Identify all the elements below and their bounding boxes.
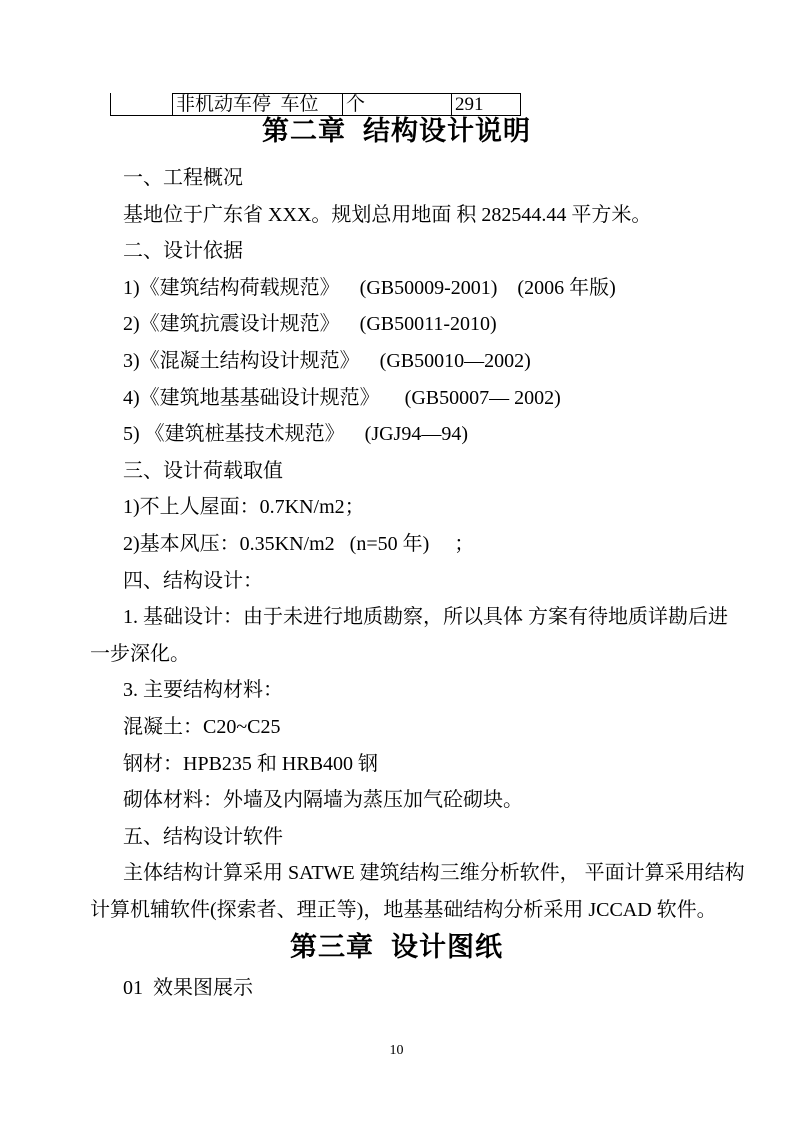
document-page: 非机动车停 车位 个 291 第二章 结构设计说明 一、工程概况 基地位于广东省…: [0, 0, 793, 1122]
doc-line: 混凝土：C20~C25: [90, 709, 703, 746]
doc-line: 一、工程概况: [90, 160, 703, 197]
doc-line: 4)《建筑地基基础设计规范》 (GB50007— 2002): [90, 380, 703, 417]
doc-line: 五、结构设计软件: [90, 819, 703, 856]
doc-line: 1. 基础设计：由于未进行地质勘察，所以具体 方案有待地质详勘后进: [90, 599, 703, 636]
document-body: 第二章 结构设计说明 一、工程概况 基地位于广东省 XXX。规划总用地面 积 2…: [90, 0, 703, 1007]
doc-line: 5) 《建筑桩基技术规范》 (JGJ94—94): [90, 416, 703, 453]
doc-line: 砌体材料：外墙及内隔墙为蒸压加气砼砌块。: [90, 782, 703, 819]
doc-line: 一步深化。: [90, 636, 703, 673]
chapter2-content: 一、工程概况 基地位于广东省 XXX。规划总用地面 积 282544.44 平方…: [90, 160, 703, 928]
doc-line: 基地位于广东省 XXX。规划总用地面 积 282544.44 平方米。: [90, 197, 703, 234]
doc-line: 计算机辅软件(探索者、理正等)，地基基础结构分析采用 JCCAD 软件。: [90, 892, 703, 929]
doc-line: 2)基本风压：0.35KN/m2 (n=50 年) ；: [90, 526, 703, 563]
chapter3-content: 01 效果图展示: [90, 970, 703, 1007]
doc-line: 1)《建筑结构荷载规范》 (GB50009-2001) (2006 年版): [90, 270, 703, 307]
doc-line: 四、结构设计：: [90, 563, 703, 600]
doc-line: 钢材：HPB235 和 HRB400 钢: [90, 746, 703, 783]
chapter2-heading: 第二章 结构设计说明: [90, 114, 703, 148]
chapter3-heading: 第三章 设计图纸: [90, 930, 703, 964]
page-number: 10: [0, 1042, 793, 1060]
doc-line: 三、设计荷载取值: [90, 453, 703, 490]
doc-line: 二、设计依据: [90, 233, 703, 270]
doc-line: 主体结构计算采用 SATWE 建筑结构三维分析软件， 平面计算采用结构: [90, 855, 703, 892]
doc-line: 01 效果图展示: [90, 970, 703, 1007]
doc-line: 2)《建筑抗震设计规范》 (GB50011-2010): [90, 306, 703, 343]
doc-line: 3. 主要结构材料：: [90, 672, 703, 709]
doc-line: 3)《混凝土结构设计规范》 (GB50010—2002): [90, 343, 703, 380]
doc-line: 1)不上人屋面：0.7KN/m2；: [90, 489, 703, 526]
